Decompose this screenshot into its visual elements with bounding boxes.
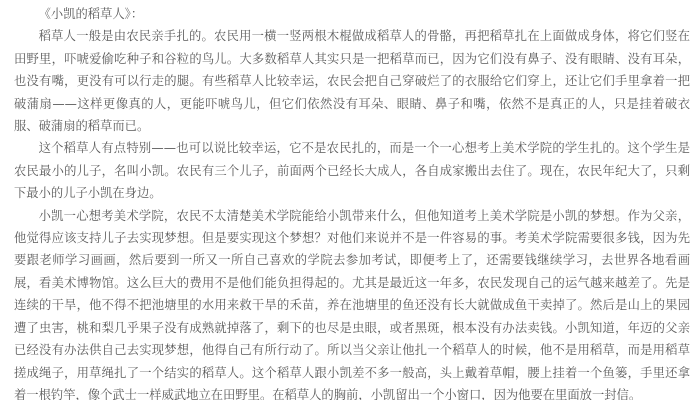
- story-paragraph-2: 这个稻草人有点特别——也可以说比较幸运，它不是农民扎的，而是一个一心想考上美术学…: [14, 137, 690, 204]
- story-paragraph-1: 稻草人一般是由农民亲手扎的。农民用一横一竖两根木棍做成稻草人的骨骼，再把稻草扎在…: [14, 25, 690, 137]
- story-title: 《小凯的稻草人》：: [14, 3, 690, 25]
- story-paragraph-3: 小凯一心想考美术学院，农民不太清楚美术学院能给小凯带来什么，但他知道考上美术学院…: [14, 205, 690, 400]
- document-page: 《小凯的稻草人》： 稻草人一般是由农民亲手扎的。农民用一横一竖两根木棍做成稻草人…: [0, 0, 700, 400]
